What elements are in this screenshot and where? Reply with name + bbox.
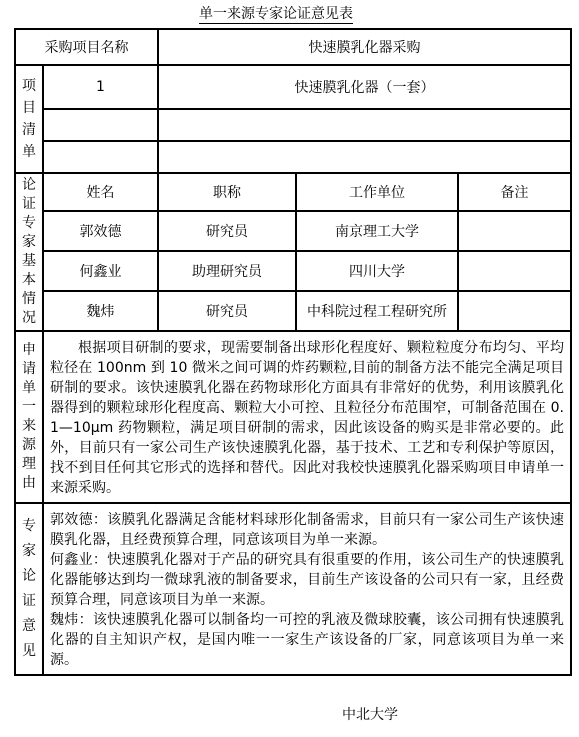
expert-name: 何鑫业 (43, 251, 158, 291)
project-item-no (43, 141, 158, 173)
document-title-text: 单一来源专家论证意见表 (199, 6, 353, 24)
expert-note (458, 211, 571, 251)
opinion-item: 魏炜：该快速膜乳化器可以制备均一可控的乳液及微球胶囊，该公司拥有快速膜乳化器的自… (50, 610, 564, 670)
expert-org: 中科院过程工程研究所 (296, 291, 458, 331)
experts-section-label: 论证专家基本情况 (15, 173, 43, 331)
reason-text: 根据项目研制的要求，现需要制备出球形化程度好、颗粒粒度分布均匀、平均粒径在 10… (50, 338, 564, 498)
opinions-section-label: 专家论证意见 (15, 503, 43, 675)
expert-col-title: 职称 (158, 173, 296, 211)
opinion-item: 郭效德：该膜乳化器满足含能材料球形化制备需求，目前只有一家公司生产该快速膜乳化器… (50, 510, 564, 550)
project-item-no (43, 109, 158, 141)
expert-title: 助理研究员 (158, 251, 296, 291)
project-item-no: 1 (43, 65, 158, 109)
expert-title: 研究员 (158, 291, 296, 331)
expert-note (458, 251, 571, 291)
header-row: 采购项目名称 快速膜乳化器采购 (15, 29, 571, 65)
project-list-section-label: 项目清单 (15, 65, 43, 173)
expert-row: 魏炜 研究员 中科院过程工程研究所 (15, 291, 571, 331)
document-title: 单一来源专家论证意见表 (0, 5, 552, 23)
expert-title: 研究员 (158, 211, 296, 251)
project-item-name: 快速膜乳化器（一套） (158, 65, 571, 109)
expert-note (458, 291, 571, 331)
purchase-project-name-value: 快速膜乳化器采购 (158, 29, 571, 65)
footer-organization: 中北大学 (342, 707, 398, 723)
reason-text-cell: 根据项目研制的要求，现需要制备出球形化程度好、颗粒粒度分布均匀、平均粒径在 10… (43, 331, 571, 503)
expert-org: 四川大学 (296, 251, 458, 291)
expert-name: 魏炜 (43, 291, 158, 331)
opinions-text-cell: 郭效德：该膜乳化器满足含能材料球形化制备需求，目前只有一家公司生产该快速膜乳化器… (43, 503, 571, 675)
expert-name: 郭效德 (43, 211, 158, 251)
purchase-project-name-label: 采购项目名称 (15, 29, 158, 65)
project-item-name (158, 109, 571, 141)
reason-row: 申请单一来源理由 根据项目研制的要求，现需要制备出球形化程度好、颗粒粒度分布均匀… (15, 331, 571, 503)
expert-row: 何鑫业 助理研究员 四川大学 (15, 251, 571, 291)
project-list-row: 项目清单 1 快速膜乳化器（一套） (15, 65, 571, 109)
expert-header-row: 论证专家基本情况 姓名 职称 工作单位 备注 (15, 173, 571, 211)
project-list-row (15, 141, 571, 173)
project-list-row (15, 109, 571, 141)
opinions-row: 专家论证意见 郭效德：该膜乳化器满足含能材料球形化制备需求，目前只有一家公司生产… (15, 503, 571, 675)
reason-section-label: 申请单一来源理由 (15, 331, 43, 503)
expert-org: 南京理工大学 (296, 211, 458, 251)
expert-col-org: 工作单位 (296, 173, 458, 211)
project-item-name (158, 141, 571, 173)
opinion-item: 何鑫业：快速膜乳化器对于产品的研究具有很重要的作用，该公司生产的快速膜乳化器能够… (50, 550, 564, 610)
expert-row: 郭效德 研究员 南京理工大学 (15, 211, 571, 251)
expert-col-note: 备注 (458, 173, 571, 211)
expert-col-name: 姓名 (43, 173, 158, 211)
opinion-form-table: 采购项目名称 快速膜乳化器采购 项目清单 1 快速膜乳化器（一套） 论证专家基本… (14, 28, 572, 676)
